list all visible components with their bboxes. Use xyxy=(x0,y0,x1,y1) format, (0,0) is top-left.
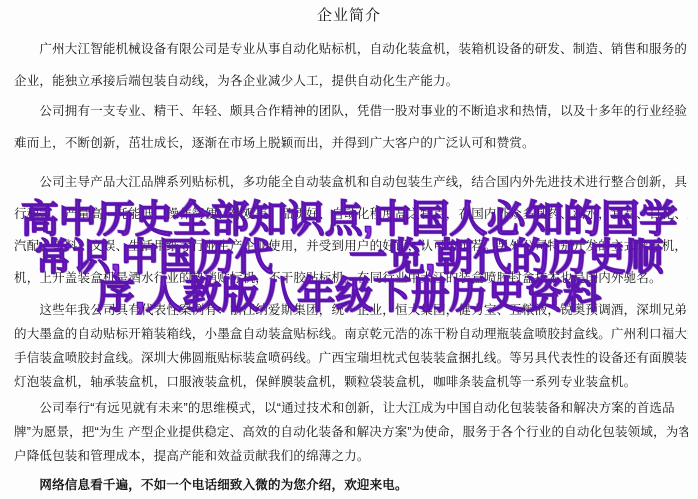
paragraph-line: 牌”为愿景，把“为生 产型企业提供稳定、高效的自动化装备和解决方案”为使命，服务… xyxy=(14,420,688,444)
page-title: 企业简介 xyxy=(0,4,698,25)
paragraph-line: 公司主导产品大江品牌系列贴标机，多功能全自动装盒机和自动包装生产线，结合国内外先… xyxy=(14,166,688,198)
paragraph-line: 广州大江智能机械设备有限公司是专业从事自动化贴标机，自动化装盒机，装箱机设备的研… xyxy=(14,33,688,65)
paragraph-line: 汽配、塑料、文娱、生活用纸等行业生产企业使用，并受到用户的好评，认可与推荐。另外… xyxy=(14,230,688,262)
paragraph-line: 这些年我公司具有代表性案例有：浙江纳爱斯集团，统一企业，恒大集团，健力宝、五粮液… xyxy=(14,298,688,322)
paragraph-line: 手信装盒喷胶封盒线。深圳大佛圆瓶贴标装盒喷码线。广西宝瑞坦枕式包装装盒捆扎线。等… xyxy=(14,346,688,370)
paragraph-line: 难而上，不断创新，茁壮成长，逐渐在市场上脱颖而出，并得到广大客户的广泛认可和赞赏… xyxy=(14,127,688,159)
paragraph-products: 公司主导产品大江品牌系列贴标机，多功能全自动装盒机和自动包装生产线，结合国内外先… xyxy=(14,166,688,294)
paragraph-line: 公司拥有一支专业、精干、年轻、颇具合作精神的团队，凭借一股对事业的不断追求和热情… xyxy=(14,95,688,127)
document-page: 企业简介 广州大江智能机械设备有限公司是专业从事自动化贴标机，自动化装盒机，装箱… xyxy=(0,0,698,499)
paragraph-company-overview: 广州大江智能机械设备有限公司是专业从事自动化贴标机，自动化装盒机，装箱机设备的研… xyxy=(14,33,688,97)
paragraph-line: 企业，能独立承接后端包装自动线，为各企业减少人工，提供自动化生产能力。 xyxy=(14,65,688,97)
paragraph-line: 网络信息看千遍，不如一个电话细致入微的为您介绍，欢迎来电。 xyxy=(14,473,688,497)
paragraph-line: 灯泡装盒机，轴承装盒机，口服液装盒机，保鲜膜装盒机，颗粒袋装盒机，咖啡条装盒机等… xyxy=(14,370,688,394)
paragraph-line: 行稳定、产量高、耗能低、操作简便、外观美、品质好、自动化程度高之特点，在国内外众… xyxy=(14,198,688,230)
paragraph-line: 的大墨盒的自动贴标开箱装箱线，小墨盒自动装盒贴标线。南京乾元浩的冻干粉自动理瓶装… xyxy=(14,322,688,346)
paragraph-line: 公司奉行“有远见就有未来”的思维模式，以“通过技术和创新，让大江成为中国自动化包… xyxy=(14,396,688,420)
paragraph-case-studies: 这些年我公司具有代表性案例有：浙江纳爱斯集团，统一企业，恒大集团，健力宝、五粮液… xyxy=(14,298,688,394)
paragraph-line: 机，上开盖装盒机是酒水行业的热销贴标机，不干胶贴标机。在同行业中大江的装盒喷胶封… xyxy=(14,262,688,294)
paragraph-team: 公司拥有一支专业、精干、年轻、颇具合作精神的团队，凭借一股对事业的不断追求和热情… xyxy=(14,95,688,159)
paragraph-line: 户降低包装和管理成本，提高产能和效益贡献我们的绵薄之力。 xyxy=(14,444,688,468)
paragraph-vision: 公司奉行“有远见就有未来”的思维模式，以“通过技术和创新，让大江成为中国自动化包… xyxy=(14,396,688,468)
paragraph-contact-callout: 网络信息看千遍，不如一个电话细致入微的为您介绍，欢迎来电。 xyxy=(14,473,688,497)
